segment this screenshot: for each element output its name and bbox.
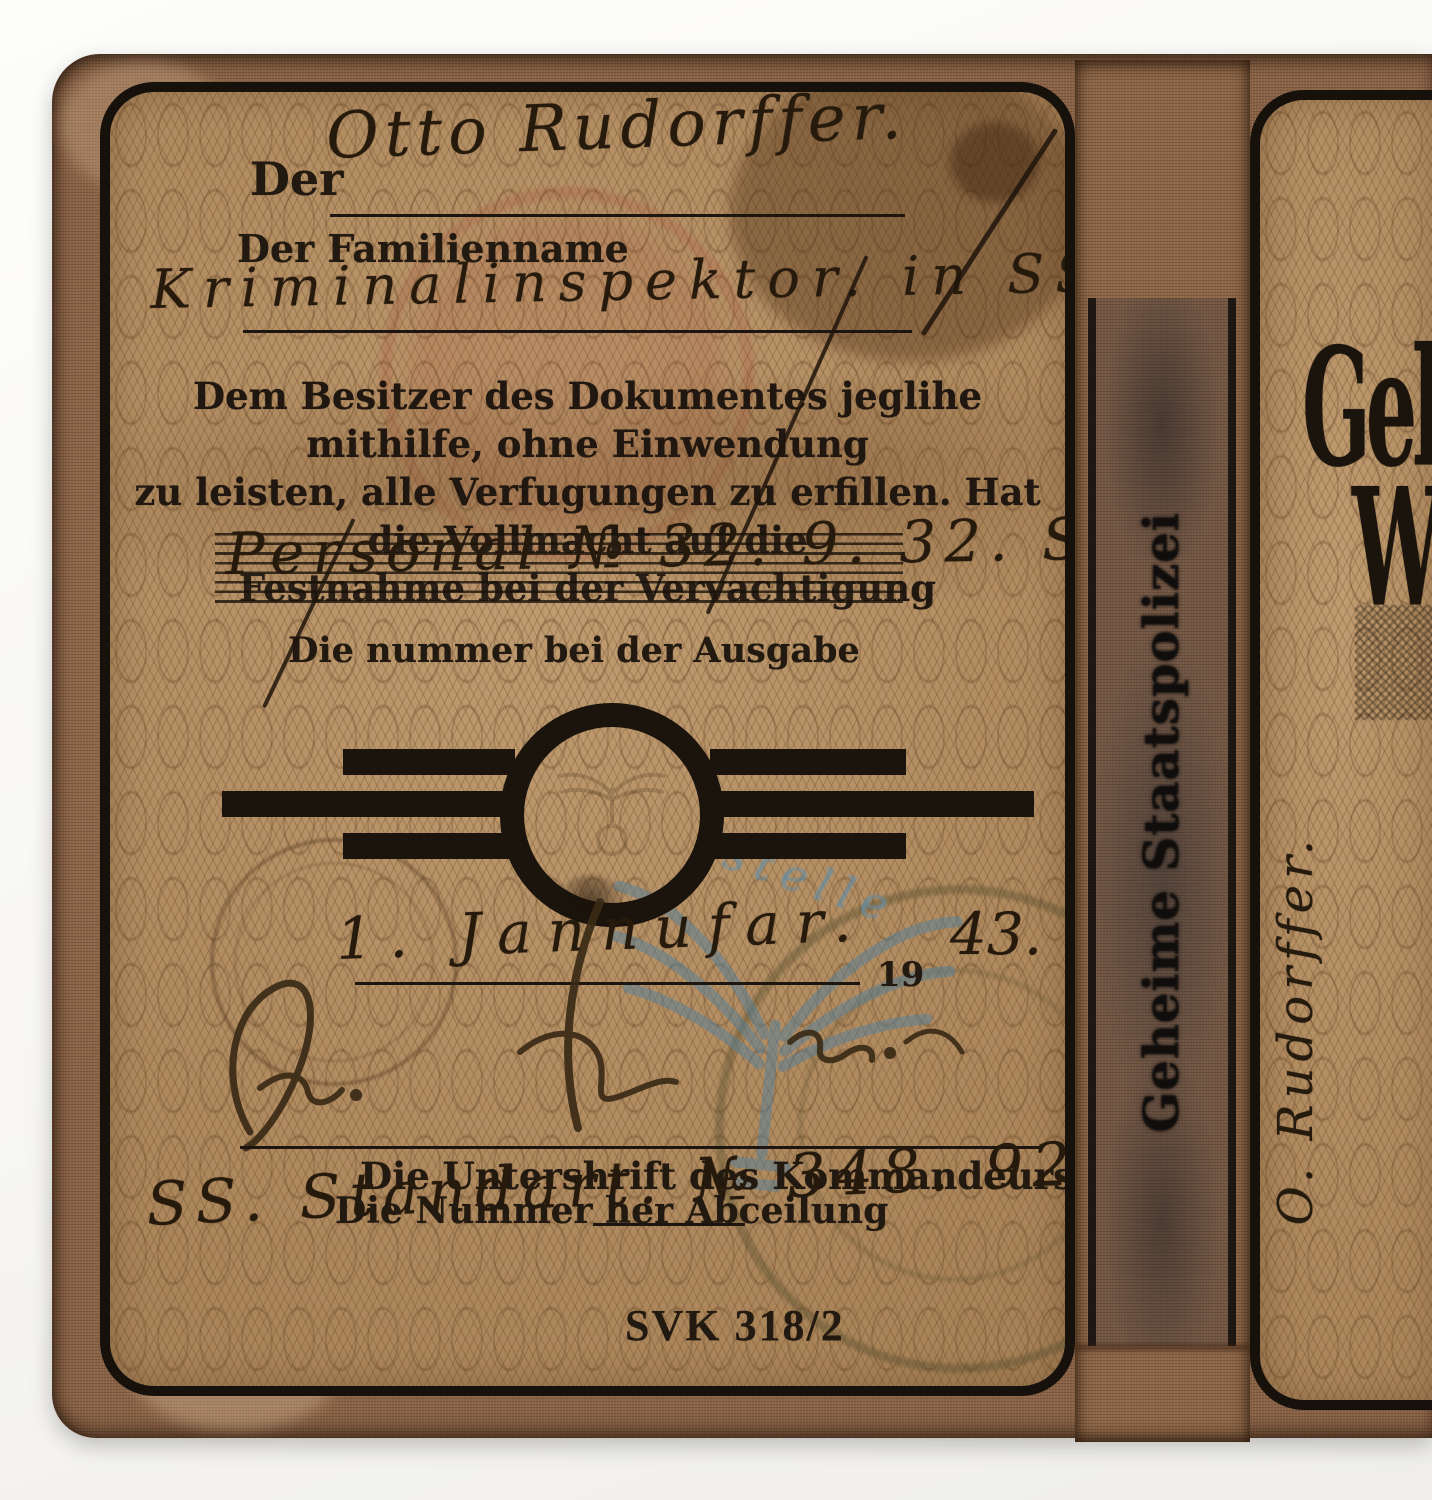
- roundel-bar-bottom-right: [710, 833, 906, 859]
- gestapo-spine-stamp: Geheime Staatspolizei: [1088, 298, 1236, 1346]
- roundel-bar-middle-right: [710, 791, 1034, 817]
- roundel-bar-top-right: [710, 749, 906, 775]
- abteilung-underline: [593, 1223, 745, 1226]
- document-photo: Geheime Staatspolizei stelle: [0, 0, 1432, 1500]
- crosshatch-smudge: [1355, 605, 1432, 720]
- roundel-bar-bottom-left: [343, 833, 515, 859]
- spine-stamp-text: Geheime Staatspolizei: [1134, 512, 1190, 1133]
- name-underline: [330, 214, 905, 217]
- right-page: Geh W O. Rudorffer.: [1250, 90, 1432, 1410]
- form-code: SVK 318/2: [625, 1300, 845, 1351]
- owner-signature-vertical: O. Rudorffer.: [1268, 660, 1324, 1400]
- authorization-text-line-1: Dem Besitzer des Dokumentes jeglihe mith…: [120, 372, 1055, 468]
- spine-fold-seam: [1075, 1344, 1250, 1351]
- roundel-bar-middle-left: [222, 791, 514, 817]
- roundel-bar-top-left: [343, 749, 515, 775]
- left-page: stelle Der Otto Rudorffer. Der Fami: [100, 82, 1075, 1396]
- eagle-icon: [548, 756, 676, 876]
- familienname-underline: [243, 330, 912, 333]
- booklet-spine: Geheime Staatspolizei: [1075, 60, 1250, 1442]
- ausgabe-label: Die nummer bei der Ausgabe: [288, 630, 860, 671]
- dark-stain-spot: [950, 122, 1040, 202]
- owner-signature-text: O. Rudorffer.: [1268, 834, 1324, 1226]
